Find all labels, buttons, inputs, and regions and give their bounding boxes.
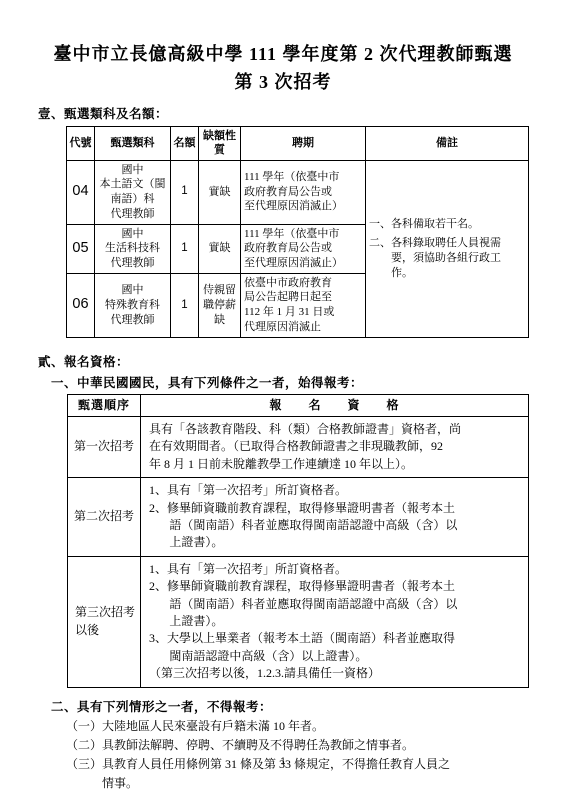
qualification-item: 3、大學以上畢業者（報考本土語（閩南語）科者並應取得 閩南語認證中高級（含）以上… <box>149 630 520 665</box>
title-line-1: 臺中市立長億高級中學 111 學年度第 2 次代理教師甄選 <box>38 40 528 68</box>
eligibility-sub1-heading: 一、中華民國國民，具有下列條件之一者，始得報考： <box>51 373 528 391</box>
quota-table: 代號 甄選類科 名額 缺額性質 聘期 備註 04 國中 本土語文（閩 南語）科 … <box>66 126 529 338</box>
col-header-code: 代號 <box>67 127 95 161</box>
eligibility-sub2-heading: 二、具有下列情形之一者，不得報考： <box>51 697 528 715</box>
subject-cell: 國中 生活科技科 代理教師 <box>95 224 171 273</box>
code-cell: 05 <box>67 224 95 273</box>
quota-cell: 1 <box>171 160 199 224</box>
quota-cell: 1 <box>171 273 199 337</box>
remark-item-1: 一、各科備取若干名。 <box>369 217 525 232</box>
disqualification-list: （一）大陸地區人民來臺設有戶籍未滿 10 年者。 （二）具教師法解聘、停聘、不續… <box>66 717 528 794</box>
col-header-term: 聘期 <box>241 127 366 161</box>
eligibility-row-first: 第一次招考 具有「各該教育階段、科（類）合格教師證書」資格者，尚 在有效期間者。… <box>68 417 529 478</box>
qualification-item: 1、具有「第一次招考」所訂資格者。 <box>149 482 520 499</box>
order-cell: 第三次招考 以後 <box>68 556 141 687</box>
subject-cell: 國中 本土語文（閩 南語）科 代理教師 <box>95 160 171 224</box>
subject-cell: 國中 特殊教育科 代理教師 <box>95 273 171 337</box>
col-header-subject: 甄選類科 <box>95 127 171 161</box>
quota-cell: 1 <box>171 224 199 273</box>
col-header-qualification: 報 名 資 格 <box>141 394 529 416</box>
qualification-cell: 1、具有「第一次招考」所訂資格者。 2、修畢師資職前教育課程，取得修畢證明書者（… <box>141 478 529 557</box>
term-cell: 依臺中市政府教育 局公告起聘日起至 112 年 1 月 31 日或 代理原因消滅… <box>241 273 366 337</box>
disqualification-item-1: （一）大陸地區人民來臺設有戶籍未滿 10 年者。 <box>66 717 528 736</box>
order-cell: 第一次招考 <box>68 417 141 478</box>
vacancy-cell: 實缺 <box>199 160 241 224</box>
qualification-item: 2、修畢師資職前教育課程，取得修畢證明書者（報考本土 語（閩南語）科者並應取得閩… <box>149 500 520 552</box>
page-number: 1 <box>0 756 566 766</box>
qualification-cell: 具有「各該教育階段、科（類）合格教師證書」資格者，尚 在有效期間者。（已取得合格… <box>141 417 529 478</box>
qualification-footnote: （第三次招考以後，1.2.3.請具備任一資格） <box>149 665 520 682</box>
table-row-04: 04 國中 本土語文（閩 南語）科 代理教師 1 實缺 111 學年（依臺中市 … <box>67 160 529 224</box>
eligibility-table: 甄選順序 報 名 資 格 第一次招考 具有「各該教育階段、科（類）合格教師證書」… <box>67 394 529 688</box>
section-quota-heading: 壹、甄選類科及名額： <box>38 104 528 122</box>
eligibility-table-header-row: 甄選順序 報 名 資 格 <box>68 394 529 416</box>
remarks-cell: 一、各科備取若干名。 二、各科錄取聘任人員視需 要，須協助各組行政工 作。 <box>366 160 529 337</box>
eligibility-row-second: 第二次招考 1、具有「第一次招考」所訂資格者。 2、修畢師資職前教育課程，取得修… <box>68 478 529 557</box>
col-header-vacancy: 缺額性質 <box>199 127 241 161</box>
term-cell: 111 學年（依臺中市 政府教育局公告或 至代理原因消滅止） <box>241 160 366 224</box>
quota-table-header-row: 代號 甄選類科 名額 缺額性質 聘期 備註 <box>67 127 529 161</box>
col-header-order: 甄選順序 <box>68 394 141 416</box>
code-cell: 04 <box>67 160 95 224</box>
qualification-item: 具有「各該教育階段、科（類）合格教師證書」資格者，尚 在有效期間者。（已取得合格… <box>149 421 520 473</box>
col-header-quota: 名額 <box>171 127 199 161</box>
document-title: 臺中市立長億高級中學 111 學年度第 2 次代理教師甄選 第 3 次招考 <box>38 40 528 96</box>
vacancy-cell: 侍親留 職停薪 缺 <box>199 273 241 337</box>
eligibility-row-third: 第三次招考 以後 1、具有「第一次招考」所訂資格者。 2、修畢師資職前教育課程，… <box>68 556 529 687</box>
remark-item-2: 二、各科錄取聘任人員視需 要，須協助各組行政工 作。 <box>369 236 525 280</box>
disqualification-item-2: （二）具教師法解聘、停聘、不續聘及不得聘任為教師之情事者。 <box>66 736 528 755</box>
code-cell: 06 <box>67 273 95 337</box>
title-line-2: 第 3 次招考 <box>38 68 528 96</box>
qualification-item: 1、具有「第一次招考」所訂資格者。 <box>149 561 520 578</box>
section-eligibility-heading: 貳、報名資格： <box>38 352 528 370</box>
document-page: 臺中市立長億高級中學 111 學年度第 2 次代理教師甄選 第 3 次招考 壹、… <box>0 0 566 800</box>
term-cell: 111 學年（依臺中市 政府教育局公告或 至代理原因消滅止） <box>241 224 366 273</box>
vacancy-cell: 實缺 <box>199 224 241 273</box>
qualification-item: 2、修畢師資職前教育課程，取得修畢證明書者（報考本土 語（閩南語）科者並應取得閩… <box>149 578 520 630</box>
order-cell: 第二次招考 <box>68 478 141 557</box>
qualification-cell: 1、具有「第一次招考」所訂資格者。 2、修畢師資職前教育課程，取得修畢證明書者（… <box>141 556 529 687</box>
col-header-remarks: 備註 <box>366 127 529 161</box>
